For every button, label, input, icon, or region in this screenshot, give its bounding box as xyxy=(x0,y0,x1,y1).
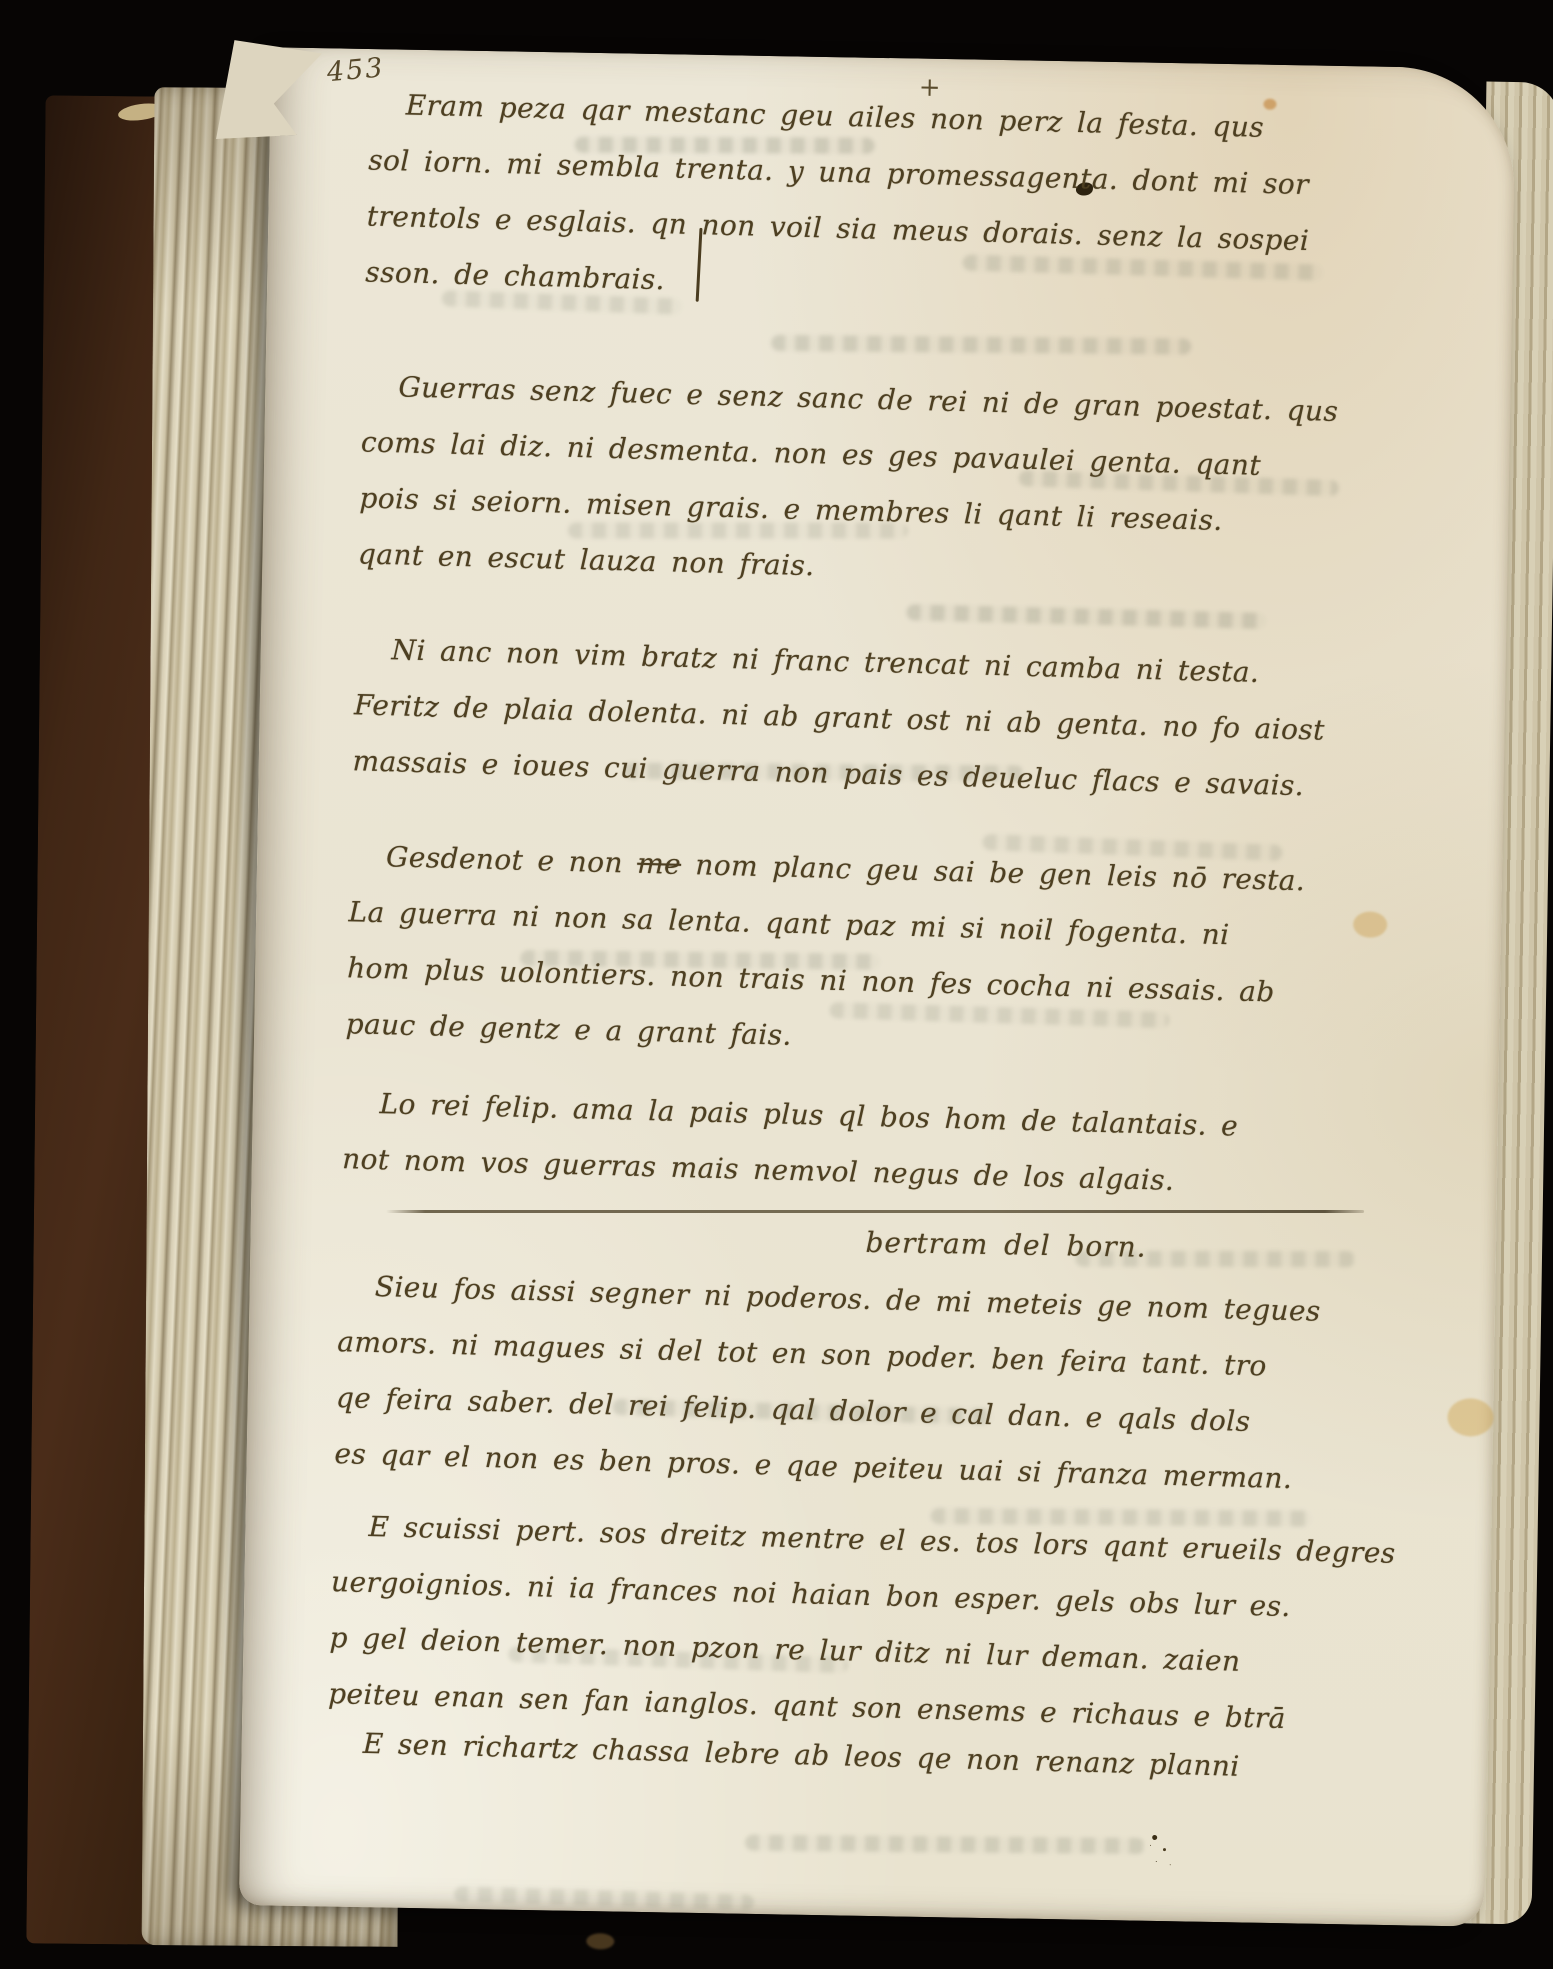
stanza: Sieu fos aissi segner ni poderos. de mi … xyxy=(334,1258,1350,1508)
foxing-stain xyxy=(1447,1398,1494,1437)
manuscript-page: 453 + Eram peza qar mestanc geu ailes no… xyxy=(239,47,1516,1926)
showthrough-mark xyxy=(771,335,1191,355)
showthrough-mark xyxy=(906,604,1266,629)
foxing-stain xyxy=(586,1933,614,1949)
stanza: Guerras senz fuec e senz sanc de rei ni … xyxy=(357,358,1373,608)
manuscript-photograph: 453 + Eram peza qar mestanc geu ailes no… xyxy=(0,0,1553,1969)
showthrough-mark xyxy=(745,1835,1145,1854)
showthrough-mark xyxy=(454,1886,754,1910)
divider-rule xyxy=(386,1210,1364,1213)
struck-word: me xyxy=(637,847,682,881)
stanza: E scuissi pert. sos dreitz mentre el es.… xyxy=(327,1498,1343,1748)
stanza: Ni anc non vim bratz ni franc trencat ni… xyxy=(352,621,1366,815)
manuscript-text: Eram peza qar mestanc geu ailes non perz… xyxy=(371,45,1401,72)
stanza: Lo rei felip. ama la pais plus ql bos ho… xyxy=(341,1075,1354,1213)
rubric-attribution: bertram del born. xyxy=(865,1215,1286,1278)
line-fragment: Gesdenot e non xyxy=(386,840,638,880)
line-fragment: nom planc geu sai be gen leis nō resta. xyxy=(681,848,1306,897)
ink-speckles xyxy=(1152,1835,1157,1840)
stanza: Gesdenot e non me nom planc geu sai be g… xyxy=(345,828,1361,1078)
stanza: Eram peza qar mestanc geu ailes non perz… xyxy=(365,77,1381,327)
